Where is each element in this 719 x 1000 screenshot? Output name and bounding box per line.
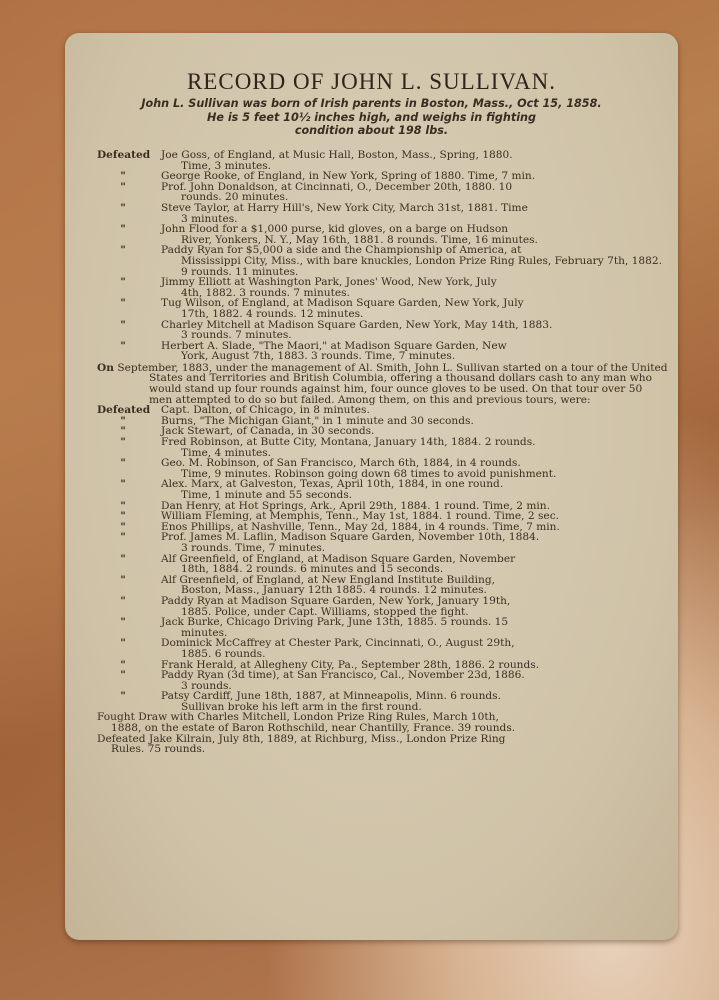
fight-record: "Alf Greenfield, of England, at New Engl… xyxy=(97,575,668,596)
ditto-mark: " xyxy=(93,670,153,681)
fight-record: "Dominick McCaffrey at Chester Park, Cin… xyxy=(97,638,668,659)
fight-record: DefeatedJoe Goss, of England, at Music H… xyxy=(97,150,668,171)
paragraph-lead: On xyxy=(97,362,114,374)
record-continuation: Time, 1 minute and 55 seconds. xyxy=(161,490,668,501)
fight-record: "Charley Mitchell at Madison Square Gard… xyxy=(97,320,668,341)
fight-record: "Paddy Ryan for $5,000 a side and the Ch… xyxy=(97,245,668,277)
closing-record: Defeated Jake Kilrain, July 8th, 1889, a… xyxy=(97,734,668,755)
closing-record: Fought Draw with Charles Mitchell, Londo… xyxy=(97,712,668,733)
record-card: RECORD OF JOHN L. SULLIVAN. John L. Sull… xyxy=(65,33,678,940)
ditto-mark: " xyxy=(93,298,153,309)
ditto-mark: " xyxy=(93,245,153,256)
record-lead: Defeated xyxy=(97,405,157,416)
ditto-mark: " xyxy=(93,554,153,565)
ditto-mark: " xyxy=(93,532,153,543)
fight-record: "Paddy Ryan at Madison Square Garden, Ne… xyxy=(97,596,668,617)
ditto-mark: " xyxy=(93,617,153,628)
ditto-mark: " xyxy=(93,341,153,352)
ditto-mark: " xyxy=(93,437,153,448)
ditto-mark: " xyxy=(93,224,153,235)
record-continuation: Rules. 75 rounds. xyxy=(97,744,668,755)
record-text: Joe Goss, of England, at Music Hall, Bos… xyxy=(161,150,668,161)
intro-text: John L. Sullivan was born of Irish paren… xyxy=(85,97,658,138)
fight-records: DefeatedJoe Goss, of England, at Music H… xyxy=(97,150,668,755)
record-continuation: 3 rounds. Time, 7 minutes. xyxy=(161,543,668,554)
ditto-mark: " xyxy=(93,320,153,331)
card-title: RECORD OF JOHN L. SULLIVAN. xyxy=(65,69,678,95)
record-continuation: York, August 7th, 1883. 3 rounds. Time, … xyxy=(161,351,668,362)
fight-record: "Steve Taylor, at Harry Hill's, New York… xyxy=(97,203,668,224)
fight-record: "Jimmy Elliott at Washington Park, Jones… xyxy=(97,277,668,298)
fight-record: "Alf Greenfield, of England, at Madison … xyxy=(97,554,668,575)
intro-line: He is 5 feet 10½ inches high, and weighs… xyxy=(85,111,658,125)
fight-record: "Paddy Ryan (3d time), at San Francisco,… xyxy=(97,670,668,691)
fight-record: "Patsy Cardiff, June 18th, 1887, at Minn… xyxy=(97,691,668,712)
ditto-mark: " xyxy=(93,458,153,469)
fight-record: "Fred Robinson, at Butte City, Montana, … xyxy=(97,437,668,458)
fight-record: "Jack Burke, Chicago Driving Park, June … xyxy=(97,617,668,638)
intro-line: John L. Sullivan was born of Irish paren… xyxy=(85,97,658,111)
ditto-mark: " xyxy=(93,182,153,193)
intro-line: condition about 198 lbs. xyxy=(85,124,658,138)
record-lead: Defeated xyxy=(97,150,157,161)
fight-record: "Prof. John Donaldson, at Cincinnati, O.… xyxy=(97,182,668,203)
ditto-mark: " xyxy=(93,596,153,607)
fight-record: "Prof. James M. Laflin, Madison Square G… xyxy=(97,532,668,553)
record-text: Jack Burke, Chicago Driving Park, June 1… xyxy=(161,617,668,628)
ditto-mark: " xyxy=(93,277,153,288)
record-continuation: 1885. 6 rounds. xyxy=(161,649,668,660)
fight-record: "Tug Wilson, of England, at Madison Squa… xyxy=(97,298,668,319)
ditto-mark: " xyxy=(93,575,153,586)
record-text: Paddy Ryan (3d time), at San Francisco, … xyxy=(161,670,668,681)
fight-record: "Geo. M. Robinson, of San Francisco, Mar… xyxy=(97,458,668,479)
record-text: Paddy Ryan at Madison Square Garden, New… xyxy=(161,596,668,607)
record-continuation: Mississippi City, Miss., with bare knuck… xyxy=(161,256,668,277)
ditto-mark: " xyxy=(93,691,153,702)
fight-record: "Alex. Marx, at Galveston, Texas, April … xyxy=(97,479,668,500)
paragraph-body: September, 1883, under the management of… xyxy=(117,362,667,406)
ditto-mark: " xyxy=(93,203,153,214)
fight-record: "Herbert A. Slade, "The Maori," at Madis… xyxy=(97,341,668,362)
record-text: Steve Taylor, at Harry Hill's, New York … xyxy=(161,203,668,214)
tour-paragraph: On September, 1883, under the management… xyxy=(97,363,668,405)
fight-record: "John Flood for a $1,000 purse, kid glov… xyxy=(97,224,668,245)
ditto-mark: " xyxy=(93,479,153,490)
record-continuation: 17th, 1882. 4 rounds. 12 minutes. xyxy=(161,309,668,320)
ditto-mark: " xyxy=(93,638,153,649)
